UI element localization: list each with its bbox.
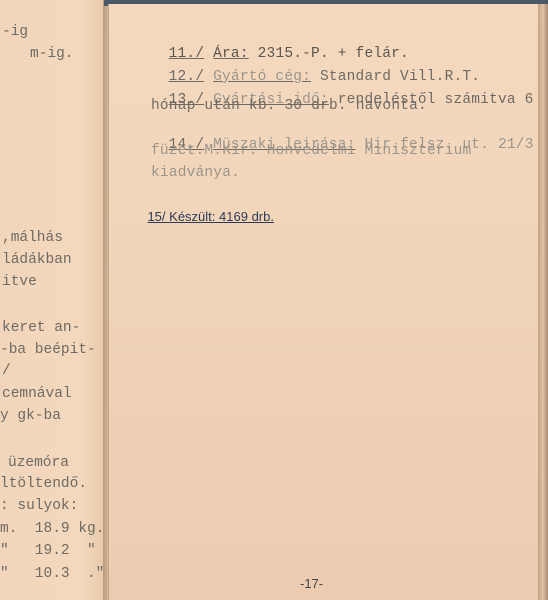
item-value: 4169 drb. — [219, 209, 274, 224]
right-page: 11./ Ára: 2315.-P. + felár. 12./ Gyártó … — [108, 4, 539, 600]
item-14-continuation: kiadványa. — [151, 165, 240, 181]
item-label: Készült: — [169, 209, 215, 224]
left-text-line: ltöltendő. — [0, 476, 87, 492]
left-text-line: " 10.3 ." — [0, 566, 104, 582]
left-text-line: üzemóra — [8, 455, 69, 471]
left-page: -ig m-ig. ,málhás ládákban itve keret an… — [0, 0, 104, 600]
left-text-line: m-ig. — [30, 46, 74, 62]
left-text-line: y gk-ba — [0, 408, 61, 424]
left-text-line: itve — [2, 274, 37, 290]
left-text-line: -ba beépit- — [0, 342, 96, 358]
page-number: -17- — [300, 576, 323, 591]
left-text-line: / — [2, 363, 11, 379]
left-text-line: m. 18.9 kg. — [0, 521, 104, 537]
left-text-line: -ig — [2, 24, 28, 40]
item-number: 15/ — [147, 209, 165, 224]
left-text-line: keret an- — [2, 320, 80, 336]
left-text-line: ,málhás — [2, 230, 63, 246]
item-14-continuation: füzet.M.Kir. Honvédelmi Minisztérium — [151, 143, 471, 159]
item-13-continuation: hónap után kb. 30 drb. havonta. — [151, 98, 427, 114]
handwritten-note: 15/ Készült: 4169 drb. — [133, 194, 274, 239]
left-text-line: " 19.2 " — [0, 543, 96, 559]
left-text-line: : sulyok: — [0, 498, 78, 514]
left-text-line: ládákban — [2, 252, 72, 268]
page-edge — [538, 4, 548, 600]
left-text-line: cemnával — [2, 386, 72, 402]
